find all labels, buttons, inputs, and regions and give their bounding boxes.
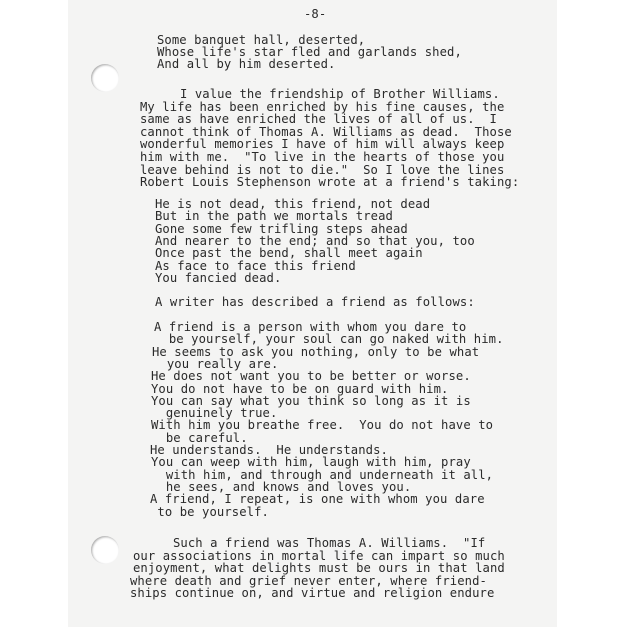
- paragraph-line: leave behind is not to die." So I love t…: [140, 164, 504, 176]
- description-line: He seems to ask you nothing, only to be …: [152, 346, 479, 358]
- description-line: you really are.: [152, 358, 278, 370]
- poem-line: But in the path we mortals tread: [155, 210, 393, 222]
- description-line: You do not have to be on guard with him.: [151, 383, 449, 395]
- paragraph-line: same as have enriched the lives of all o…: [140, 113, 497, 125]
- description-line: He does not want you to be better or wor…: [151, 370, 471, 382]
- paragraph-line: him with me. "To live in the hearts of t…: [140, 151, 504, 163]
- paragraph-line: I value the friendship of Brother Willia…: [180, 88, 500, 100]
- description-line: genuinely true.: [151, 407, 277, 419]
- description-line: be yourself, your soul can go naked with…: [154, 333, 504, 345]
- paragraph-line: enjoyment, what delights must be ours in…: [133, 562, 505, 574]
- description-line: You can say what you think so long as it…: [151, 395, 471, 407]
- paragraph-line: ships continue on, and virtue and religi…: [130, 587, 494, 599]
- punch-hole-bottom: [91, 536, 119, 564]
- paragraph-line: where death and grief never enter, where…: [130, 575, 487, 587]
- description-line: to be yourself.: [150, 506, 269, 518]
- poem-line: Once past the bend, shall meet again: [155, 247, 423, 259]
- punch-hole-top: [91, 64, 119, 92]
- poem-line: He is not dead, this friend, not dead: [155, 198, 430, 210]
- description-line: With him you breathe free. You do not ha…: [151, 419, 493, 431]
- verse-line: And all by him deserted.: [157, 58, 336, 70]
- poem-line: Gone some few trifling steps ahead: [155, 223, 408, 235]
- description-line: he sees, and knows and loves you.: [151, 481, 411, 493]
- poem-line: As face to face this friend: [155, 260, 356, 272]
- description-line: You can weep with him, laugh with him, p…: [151, 456, 471, 468]
- description-line: He understands. He understands.: [150, 444, 388, 456]
- description-line: with him, and through and underneath it …: [151, 469, 493, 481]
- description-line: A friend is a person with whom you dare …: [154, 321, 466, 333]
- description-line: be careful.: [151, 432, 248, 444]
- page-number: -8-: [304, 8, 326, 20]
- paragraph-line: My life has been enriched by his fine ca…: [140, 101, 504, 113]
- paragraph-line: cannot think of Thomas A. Williams as de…: [140, 126, 512, 138]
- poem-line: And nearer to the end; and so that you, …: [155, 235, 475, 247]
- paragraph-line: wonderful memories I have of him will al…: [140, 138, 504, 150]
- paragraph-line: Robert Louis Stephenson wrote at a frien…: [140, 176, 519, 188]
- description-line: A friend, I repeat, is one with whom you…: [150, 493, 485, 505]
- poem-line: You fancied dead.: [155, 272, 281, 284]
- writer-intro: A writer has described a friend as follo…: [155, 296, 475, 308]
- paragraph-line: Such a friend was Thomas A. Williams. "I…: [173, 537, 485, 549]
- paragraph-line: our associations in mortal life can impa…: [133, 550, 505, 562]
